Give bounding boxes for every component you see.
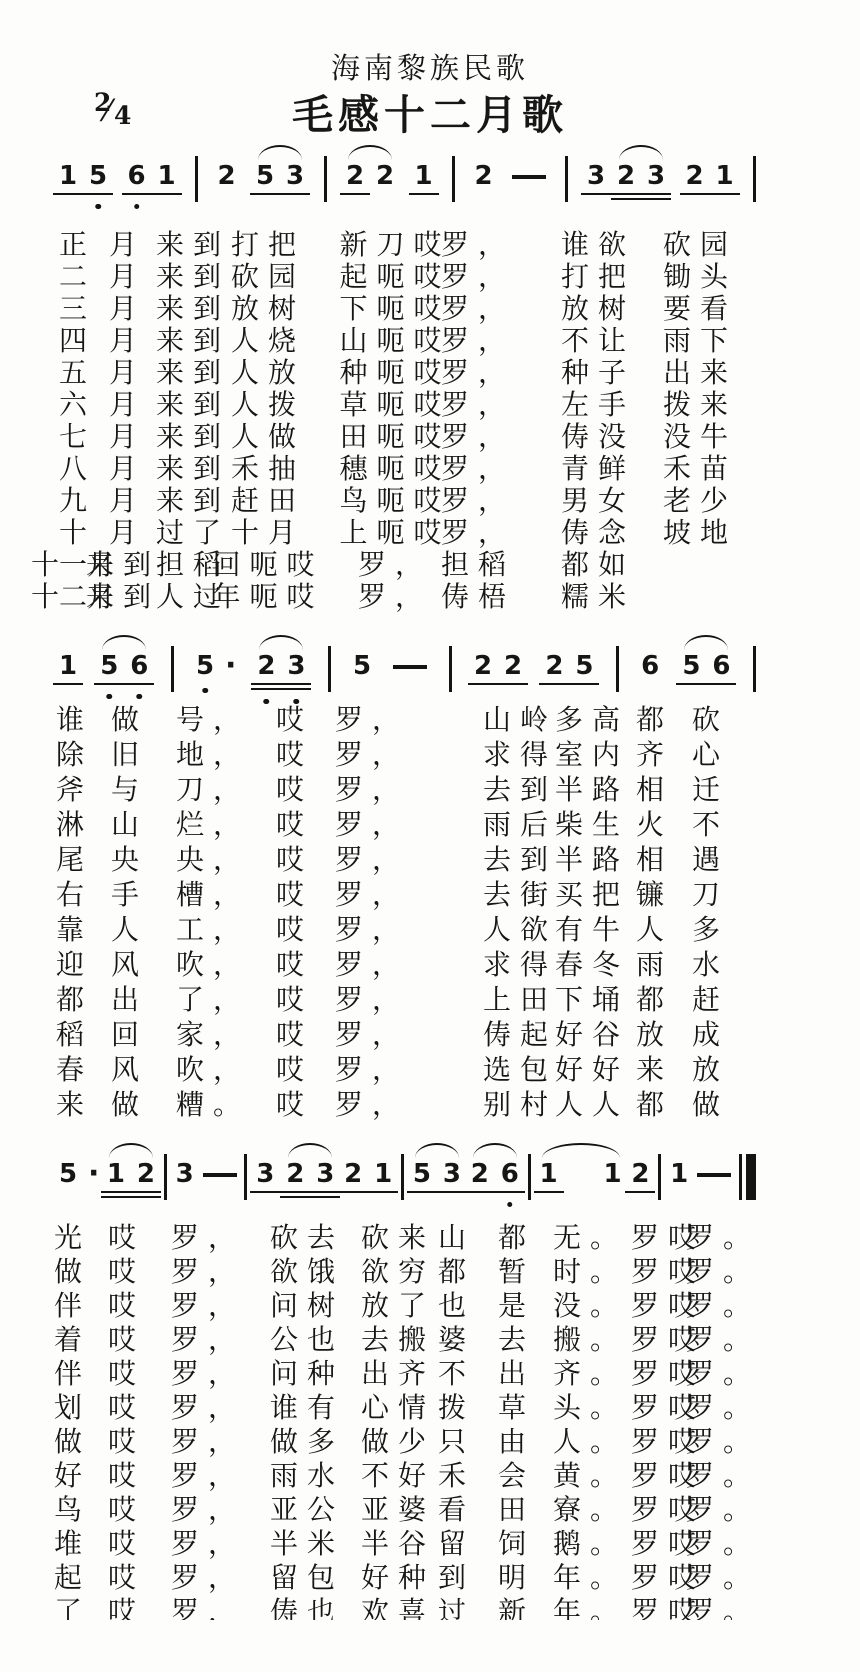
lyric-cell: 迁 [692, 776, 720, 806]
note-digit: 6 [500, 1159, 520, 1189]
lyric-cell: 回呃哎 [212, 551, 323, 581]
lyric-cell: 月 [109, 455, 137, 485]
lyric-cell: 正 [59, 231, 87, 261]
lyric-cell: 问树 [270, 1292, 344, 1322]
beam-underline [641, 198, 671, 200]
lyric-cell: 不让 [561, 327, 635, 357]
note-digit: 1 [669, 1159, 689, 1189]
lyric-cell: 斧 [56, 776, 84, 806]
beam-underline [581, 193, 611, 195]
note-group: 56 [99, 651, 149, 681]
lyric-cell: 好种 [361, 1564, 435, 1594]
note-digit: 3 [442, 1159, 462, 1189]
lyric-cell: 罗， [441, 327, 515, 357]
slur-arc [109, 1143, 153, 1158]
note-digit: 2 [375, 161, 395, 191]
lyric-cell: 人放 [231, 359, 305, 389]
note-digit: 5 [195, 651, 215, 681]
lyric-cell: 风 [111, 1056, 139, 1086]
lyric-cell: 罗， [335, 846, 409, 876]
lyric-cell: 来到 [156, 231, 230, 261]
lyric-cell: 划 [54, 1394, 82, 1424]
lyric-cell: 俦没 [561, 423, 635, 453]
lyric-cell: 月 [109, 327, 137, 357]
augmentation-dot: · [225, 651, 235, 681]
lyric-cell: 来 [56, 1091, 84, 1121]
lyric-cell: 公也 [270, 1326, 344, 1356]
lyric-cell: 吹， [176, 951, 250, 981]
lyric-cell: 相 [636, 776, 664, 806]
lyric-cell: 罗， [335, 881, 409, 911]
beam-underline [676, 683, 706, 685]
lyric-cell: 二 [59, 263, 87, 293]
beam-underline [53, 193, 83, 195]
beam-underline [498, 683, 528, 685]
lyric-cell: 罗， [441, 487, 515, 517]
lyric-cell: 担稻 [441, 551, 515, 581]
barline [452, 156, 455, 202]
lyric-cell: 砍园 [231, 263, 305, 293]
lyric-row: 除旧地，哎罗，求得室内齐心 [0, 741, 860, 773]
lyric-cell: 放 [692, 1056, 720, 1086]
beam-underline [124, 683, 154, 685]
lyric-cell: 时。 [553, 1258, 627, 1288]
note-group: 53 [255, 161, 305, 191]
lyric-cell: 砍来 [361, 1224, 435, 1254]
lyric-cell: 做 [54, 1428, 82, 1458]
lyric-cell: 淋 [56, 811, 84, 841]
lyric-cell: 田呃哎 [339, 423, 450, 453]
lyric-cell: 寮。 [553, 1496, 627, 1526]
lyric-cell: 鹅。 [553, 1530, 627, 1560]
lyric-cell: 除 [56, 741, 84, 771]
slur-arc [259, 635, 303, 650]
lyric-cell: 哎 [276, 1021, 304, 1051]
beam-underline [281, 683, 311, 685]
lyric-cell: 尾 [56, 846, 84, 876]
lyric-cell: 罗， [171, 1394, 245, 1424]
beam-underline [407, 1191, 437, 1193]
beam-underline [131, 1191, 161, 1193]
note-digit: 3 [175, 1159, 195, 1189]
lyric-cell: 罗。 [686, 1326, 760, 1356]
beam-underline [280, 193, 310, 195]
barline [449, 646, 452, 692]
lyric-cell: 谁有 [270, 1394, 344, 1424]
lyric-cell: 是 [498, 1292, 526, 1322]
lyric-cell: 七 [59, 423, 87, 453]
lyric-cell: 黄。 [553, 1462, 627, 1492]
beam-underline [539, 683, 569, 685]
note-digit: 2 [503, 651, 523, 681]
beam-underline [251, 683, 281, 685]
lyric-cell: 罗， [171, 1224, 245, 1254]
lyric-cell: 明 [498, 1564, 526, 1594]
lyric-cell: 光 [54, 1224, 82, 1254]
beam-underline [710, 193, 740, 195]
lyric-cell: 哎 [108, 1394, 136, 1424]
lyric-cell: 鸟呃哎 [339, 487, 450, 517]
note-group: 323 [586, 161, 666, 191]
notation-line-2: 1565·2352225656 [58, 651, 756, 703]
lyric-cell: 罗。 [686, 1530, 760, 1560]
lyric-cell: 问种 [270, 1360, 344, 1390]
low-octave-dot [137, 694, 143, 700]
lyric-row: 光哎罗，砍去砍来山都无。罗哎罗。 [0, 1224, 860, 1256]
lyric-cell: 罗， [171, 1258, 245, 1288]
lyric-cell: 人 [111, 916, 139, 946]
lyric-cell: 去街 [483, 881, 557, 911]
lyric-cell: 新 [498, 1598, 526, 1620]
lyric-cell: 买把 [555, 881, 629, 911]
lyric-cell: 田 [498, 1496, 526, 1526]
lyric-cell: 草 [498, 1394, 526, 1424]
lyric-cell: 迎 [56, 951, 84, 981]
lyric-cell: 月 [109, 359, 137, 389]
note-digit: 5 [99, 651, 119, 681]
lyric-cell: 哎 [108, 1496, 136, 1526]
lyric-cell: 水 [692, 951, 720, 981]
lyric-row: 五月来到人放种呃哎罗，种子出来 [0, 359, 860, 391]
lyric-row: 做哎罗，做多做少只由人。罗哎罗。 [0, 1428, 860, 1460]
lyric-cell: 罗， [171, 1598, 245, 1620]
note-digit: 1 [603, 1159, 623, 1189]
lyric-cell: 起呃哎 [339, 263, 450, 293]
note-digit: 1 [58, 161, 78, 191]
lyric-row: 八月来到禾抽穗呃哎罗，青鲜禾苗 [0, 455, 860, 487]
lyric-cell: 风 [111, 951, 139, 981]
note-digit: 3 [315, 1159, 335, 1189]
duration-dash [203, 1173, 237, 1177]
lyric-cell: 人人 [555, 1091, 629, 1121]
lyric-cell: 哎 [108, 1530, 136, 1560]
lyric-cell: 来到 [156, 487, 230, 517]
lyric-cell: 哎 [108, 1564, 136, 1594]
lyric-cell: 哎 [108, 1360, 136, 1390]
lyric-cell: 放了 [361, 1292, 435, 1322]
beam-underline [465, 1191, 495, 1193]
lyric-cell: 种子 [561, 359, 635, 389]
lyric-cell: 刀， [176, 776, 250, 806]
lyric-cell: 人 [636, 916, 664, 946]
lyric-cell: 只 [438, 1428, 466, 1458]
lyric-cell: 无。 [553, 1224, 627, 1254]
lyric-cell: 亚公 [270, 1496, 344, 1526]
lyric-cell: 槽， [176, 881, 250, 911]
lyric-cell: 做 [54, 1258, 82, 1288]
low-octave-dot [202, 688, 208, 694]
lyric-cell: 央 [111, 846, 139, 876]
lyric-cell: 要看 [663, 295, 737, 325]
barline [171, 646, 174, 692]
lyric-cell: 半米 [270, 1530, 344, 1560]
beam-underline [569, 683, 599, 685]
beam-underline [83, 193, 113, 195]
beam-underline [706, 683, 736, 685]
note-group: 61 [127, 161, 177, 191]
slur-arc [415, 1143, 459, 1158]
lyric-cell: 别村 [483, 1091, 557, 1121]
note-group: 25 [544, 651, 594, 681]
note-digit: 5 [88, 161, 108, 191]
lyric-cell: 年呃哎 [212, 583, 323, 613]
beam-underline [495, 1191, 525, 1193]
lyric-cell: 来 [636, 1056, 664, 1086]
barline [324, 156, 327, 202]
lyric-cell: 来到 [156, 423, 230, 453]
lyric-cell: 罗， [441, 423, 515, 453]
lyric-cell: 山岭 [483, 706, 557, 736]
lyric-cell: 月 [109, 263, 137, 293]
lyric-row: 做哎罗，欲饿欲穷都暂时。罗哎罗。 [0, 1258, 860, 1290]
note-digit: 2 [343, 1159, 363, 1189]
lyric-cell: 糟。 [176, 1091, 250, 1121]
lyric-row: 靠人工，哎罗，人欲有牛人多 [0, 916, 860, 948]
note-digit: 2 [474, 161, 494, 191]
slur-arc [619, 145, 663, 160]
lyric-cell: 好谷 [555, 1021, 629, 1051]
duration-dash [512, 175, 546, 179]
lyric-cell: 由 [498, 1428, 526, 1458]
lyric-cell: 罗， [335, 951, 409, 981]
lyric-cell: 哎 [108, 1258, 136, 1288]
lyric-cell: 下呃哎 [339, 295, 450, 325]
lyric-cell: 室内 [555, 741, 629, 771]
lyric-cell: 谁欲 [561, 231, 635, 261]
note-group: 2 [630, 1159, 650, 1189]
lyric-cell: 婆 [438, 1326, 466, 1356]
lyric-cell: 来到 [156, 327, 230, 357]
lyric-cell: 人。 [553, 1428, 627, 1458]
lyric-cell: 鸟 [54, 1496, 82, 1526]
barline [328, 646, 331, 692]
lyric-cell: 暂 [498, 1258, 526, 1288]
note-digit: 2 [345, 161, 365, 191]
note-group: 22 [473, 651, 523, 681]
lyric-cell: 右 [56, 881, 84, 911]
duration-dash [697, 1173, 731, 1177]
note-group: 23 [256, 651, 306, 681]
lyric-cell: 雨下 [663, 327, 737, 357]
final-barline [739, 1154, 756, 1200]
lyric-cell: 罗， [441, 231, 515, 261]
lyric-cell: 罗， [335, 706, 409, 736]
lyric-cell: 月 [109, 295, 137, 325]
lyric-cell: 放 [636, 1021, 664, 1051]
lyric-cell: 种呃哎 [339, 359, 450, 389]
lyric-cell: 会 [498, 1462, 526, 1492]
beam-underline [152, 193, 182, 195]
lyric-cell: 哎 [276, 741, 304, 771]
lyric-cell: 留 [438, 1530, 466, 1560]
lyric-cell: 罗， [441, 519, 515, 549]
lyric-cell: 打把 [231, 231, 305, 261]
note-digit: 2 [630, 1159, 650, 1189]
lyric-row: 正月来到打把新刀哎罗，谁欲砍园 [0, 231, 860, 263]
note-digit: 3 [286, 651, 306, 681]
lyric-row: 六月来到人拨草呃哎罗，左手拨来 [0, 391, 860, 423]
lyric-cell: 与 [111, 776, 139, 806]
note-digit: 1 [373, 1159, 393, 1189]
lyric-cell: 亚婆 [361, 1496, 435, 1526]
lyric-row: 春风吹，哎罗，选包好好来放 [0, 1056, 860, 1088]
lyric-cell: 谁 [56, 706, 84, 736]
lyric-cell: 月 [109, 487, 137, 517]
lyric-cell: 了 [54, 1598, 82, 1620]
lyric-row: 九月来到赶田鸟呃哎罗，男女老少 [0, 487, 860, 519]
lyric-cell: 左手 [561, 391, 635, 421]
lyric-cell: 俦也 [270, 1598, 344, 1620]
lyric-cell: 多高 [555, 706, 629, 736]
lyric-cell: 不 [438, 1360, 466, 1390]
slur-arc [102, 635, 146, 650]
lyric-cell: 三 [59, 295, 87, 325]
slur-arc [348, 145, 392, 160]
note-group: 2 [474, 161, 494, 191]
lyric-cell: 山呃哎 [339, 327, 450, 357]
lyric-row: 斧与刀，哎罗，去到半路相迁 [0, 776, 860, 808]
lyric-row: 尾央央，哎罗，去到半路相遇 [0, 846, 860, 878]
lyric-row: 都出了，哎罗，上田下埇都赶 [0, 986, 860, 1018]
note-group: 5· [58, 1159, 98, 1189]
lyric-cell: 过 [438, 1598, 466, 1620]
beam-underline [625, 1191, 655, 1193]
lyric-cell: 去到 [483, 776, 557, 806]
lyric-cell: 地， [176, 741, 250, 771]
lyric-cell: 都 [438, 1258, 466, 1288]
lyric-cell: 烂， [176, 811, 250, 841]
lyric-cell: 做多 [270, 1428, 344, 1458]
lyric-cell: 也 [438, 1292, 466, 1322]
lyric-cell: 罗， [171, 1360, 245, 1390]
beam-underline [310, 1191, 340, 1193]
lyric-row: 三月来到放树下呃哎罗，放树要看 [0, 295, 860, 327]
lyric-row: 二月来到砍园起呃哎罗，打把锄头 [0, 263, 860, 295]
lyric-cell: 求得 [483, 741, 557, 771]
note-digit: 2 [256, 651, 276, 681]
lyric-cell: 赶 [692, 986, 720, 1016]
lyric-cell: 心 [692, 741, 720, 771]
beam-underline [310, 1196, 340, 1198]
lyric-cell: 锄头 [663, 263, 737, 293]
note-group: 12 [106, 1159, 156, 1189]
lyric-cell: 罗。 [686, 1258, 760, 1288]
lyric-cell: 看 [438, 1496, 466, 1526]
lyric-cell: 出 [111, 986, 139, 1016]
lyric-cell: 靠 [56, 916, 84, 946]
lyric-cell: 九 [59, 487, 87, 517]
lyric-cell: 哎 [276, 1091, 304, 1121]
lyric-cell: 罗， [441, 391, 515, 421]
lyric-cell: 男女 [561, 487, 635, 517]
lyric-cell: 罗， [441, 359, 515, 389]
lyric-cell: 欢喜 [361, 1598, 435, 1620]
lyric-cell: 心情 [361, 1394, 435, 1424]
lyric-cell: 砍 [692, 706, 720, 736]
lyric-row: 十月过了十月上呃哎罗，俦念坡地 [0, 519, 860, 551]
lyric-cell: 留包 [270, 1564, 344, 1594]
lyric-cell: 罗， [171, 1564, 245, 1594]
lyric-cell: 罗， [441, 295, 515, 325]
lyric-cell: 多 [692, 916, 720, 946]
lyric-cell: 人烧 [231, 327, 305, 357]
lyric-cell: 俦梧 [441, 583, 515, 613]
lyric-cell: 哎 [108, 1598, 136, 1620]
lyric-cell: 刀 [692, 881, 720, 911]
beam-underline [368, 1191, 398, 1193]
note-digit: 2 [473, 651, 493, 681]
beam-underline [680, 193, 710, 195]
note-digit: 2 [285, 1159, 305, 1189]
lyric-cell: 雨 [636, 951, 664, 981]
lyric-cell: 搬。 [553, 1326, 627, 1356]
lyric-cell: 糯米 [561, 583, 635, 613]
lyric-row: 谁做号，哎罗，山岭多高都砍 [0, 706, 860, 738]
lyric-cell: 出齐 [361, 1360, 435, 1390]
lyric-cell: 俦念 [561, 519, 635, 549]
lyric-cell: 没牛 [663, 423, 737, 453]
lyric-cell: 人做 [231, 423, 305, 453]
lyric-cell: 老少 [663, 487, 737, 517]
lyric-row: 稻回家，哎罗，俦起好谷放成 [0, 1021, 860, 1053]
beam-underline [251, 688, 281, 690]
lyric-cell: 山 [111, 811, 139, 841]
note-group: 11 [539, 1159, 623, 1189]
lyric-cell: 都 [498, 1224, 526, 1254]
lyric-cell: 不好 [361, 1462, 435, 1492]
lyric-row: 十二月来到人过年呃哎罗，俦梧糯米 [0, 583, 860, 615]
lyric-cell: 欲饿 [270, 1258, 344, 1288]
lyric-cell: 过了 [156, 519, 230, 549]
lyric-cell: 求得 [483, 951, 557, 981]
lyric-cell: 旧 [111, 741, 139, 771]
lyric-cell: 着 [54, 1326, 82, 1356]
lyric-cell: 罗， [171, 1292, 245, 1322]
barline [753, 156, 756, 202]
lyric-cell: 人拨 [231, 391, 305, 421]
beam-underline [281, 688, 311, 690]
beam-underline [122, 193, 152, 195]
slur-arc [684, 635, 728, 650]
lyric-cell: 罗， [171, 1462, 245, 1492]
lyric-cell: 罗， [441, 455, 515, 485]
note-group: 1 [669, 1159, 689, 1189]
sheet-music-page: 海南黎族民歌 毛感十二月歌 2 ⁄ 4 1561253221232321正月来到… [0, 0, 860, 1620]
time-signature-slash: ⁄ [105, 94, 110, 129]
lyric-cell: 赶田 [231, 487, 305, 517]
lyric-cell: 罗， [171, 1428, 245, 1458]
lyric-row: 十一月来到担稻回呃哎罗，担稻都如 [0, 551, 860, 583]
lyric-cell: 好好 [555, 1056, 629, 1086]
time-signature-bottom: 4 [114, 101, 131, 130]
lyric-cell: 成 [692, 1021, 720, 1051]
lyric-cell: 罗， [335, 1056, 409, 1086]
lyric-cell: 哎 [108, 1224, 136, 1254]
lyric-cell: 拨 [438, 1394, 466, 1424]
lyric-cell: 放树 [231, 295, 305, 325]
lyric-cell: 坡地 [663, 519, 737, 549]
lyric-cell: 来到 [156, 455, 230, 485]
lyric-cell: 都如 [561, 551, 635, 581]
low-octave-dot [294, 699, 300, 705]
note-group: 26 [470, 1159, 520, 1189]
lyric-row: 伴哎罗，问树放了也是没。罗哎罗。 [0, 1292, 860, 1324]
lyric-cell: 去搬 [361, 1326, 435, 1356]
lyric-cell: 哎 [276, 951, 304, 981]
lyric-cell: 柴生 [555, 811, 629, 841]
lyric-cell: 五 [59, 359, 87, 389]
lyric-cell: 有牛 [555, 916, 629, 946]
